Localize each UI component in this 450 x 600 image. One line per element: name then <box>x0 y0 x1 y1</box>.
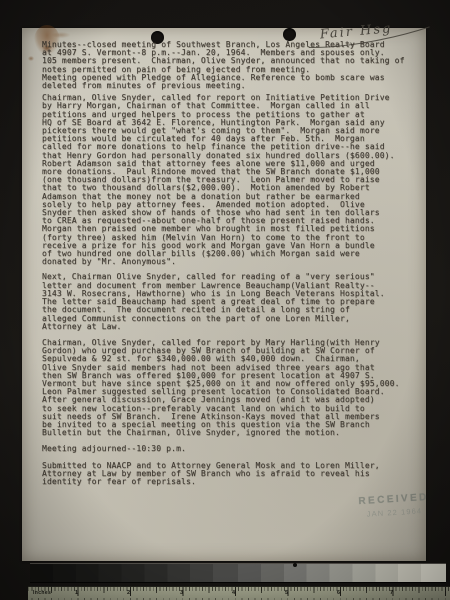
received-stamp-date: JAN 22 1964 <box>344 505 444 520</box>
stain <box>52 32 70 38</box>
document-page: Fair Hsg Minutes--closed meeting of Sout… <box>22 28 426 561</box>
grayscale-calibration-bar <box>30 564 446 582</box>
speck <box>293 563 297 567</box>
ruler-number: 4 <box>232 590 235 596</box>
ruler-ticks <box>28 587 450 600</box>
ruler-number: 6 <box>337 590 340 596</box>
ruler-number: 7 <box>390 590 393 596</box>
paragraph: Chairman, Olive Snyder, called for repor… <box>42 339 420 437</box>
ruler-number: 2 <box>127 590 130 596</box>
ruler-number: 5 <box>285 590 288 596</box>
document-text: Minutes--closed meeting of Southwest Bra… <box>42 41 420 494</box>
ruler-number: 1 <box>75 590 78 596</box>
paragraph: Chairman, Olive Snyder, called for repor… <box>42 94 420 266</box>
received-stamp: RECEIVED JAN 22 1964 <box>343 491 444 520</box>
ruler-number: 3 <box>180 590 183 596</box>
stain <box>28 56 34 61</box>
ruler-inch-ticks <box>28 587 450 596</box>
paragraph: Minutes--closed meeting of Southwest Bra… <box>42 41 420 90</box>
archival-scan: Fair Hsg Minutes--closed meeting of Sout… <box>0 0 450 600</box>
paragraph: Meeting adjourned--10:30 p.m. <box>42 445 420 453</box>
ruler-label: Inches <box>33 590 51 596</box>
ruler: Inches 1 2 3 4 5 6 7 <box>28 586 450 600</box>
paragraph: Submitted to NAACP and to Attorney Gener… <box>42 462 420 487</box>
paragraph: Next, Chairman Olive Snyder, called for … <box>42 273 420 330</box>
